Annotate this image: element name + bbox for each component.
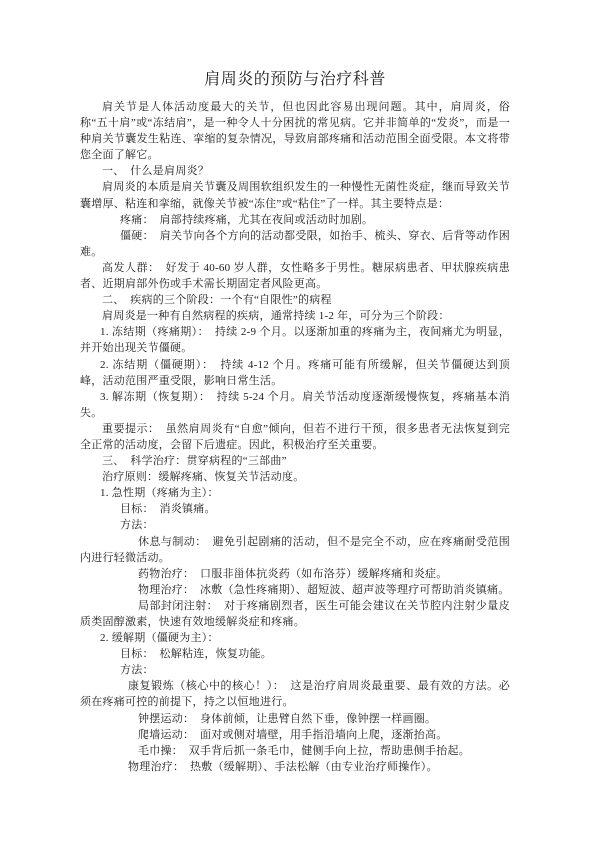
list-item: 物理治疗： 热敷（缓解期）、手法松解（由专业治疗师操作）。 xyxy=(80,759,510,775)
numbered-item: 1. 急性期（疼痛为主）： xyxy=(80,485,510,501)
section-heading: 一、 什么是肩周炎？ xyxy=(80,163,510,179)
section-heading: 二、 疾病的三个阶段：一个有“自限性”的病程 xyxy=(80,292,510,308)
list-item: 目标： 消炎镇痛。 xyxy=(80,501,510,517)
numbered-item: 2. 缓解期（僵硬为主）： xyxy=(80,630,510,646)
body-paragraph: 高发人群： 好发于 40-60 岁人群，女性略多于男性。糖尿病患者、甲状腺疾病患… xyxy=(80,260,510,292)
list-item: 休息与制动： 避免引起剧痛的活动，但不是完全不动，应在疼痛耐受范围内进行轻微活动… xyxy=(80,534,510,566)
list-item: 疼痛： 肩部持续疼痛，尤其在夜间或活动时加剧。 xyxy=(80,212,510,228)
body-paragraph: 治疗原则：缓解疼痛、恢复关节活动度。 xyxy=(80,469,510,485)
list-item: 方法： xyxy=(80,662,510,678)
list-item: 爬墙运动： 面对或侧对墙壁，用手指沿墙向上爬，逐渐抬高。 xyxy=(80,727,510,743)
document-page: 肩周炎的预防与治疗科普 肩关节是人体活动度最大的关节，但也因此容易出现问题。其中… xyxy=(0,0,595,841)
list-item: 药物治疗： 口服非甾体抗炎药（如布洛芬）缓解疼痛和炎症。 xyxy=(80,566,510,582)
list-item: 局部封闭注射： 对于疼痛剧烈者，医生可能会建议在关节腔内注射少量皮质类固醇激素，… xyxy=(80,598,510,630)
list-item: 钟摆运动： 身体前倾，让患臂自然下垂，像钟摆一样画圈。 xyxy=(80,711,510,727)
numbered-item: 3. 解冻期（恢复期）： 持续 5-24 个月。肩关节活动度逐渐缓慢恢复，疼痛基… xyxy=(80,389,510,421)
body-paragraph: 肩周炎的本质是肩关节囊及周围软组织发生的一种慢性无菌性炎症，继而导致关节囊增厚、… xyxy=(80,179,510,211)
section-heading: 三、 科学治疗：贯穿病程的“三部曲” xyxy=(80,453,510,469)
list-item: 目标： 松解粘连，恢复功能。 xyxy=(80,646,510,662)
body-paragraph: 肩关节是人体活动度最大的关节，但也因此容易出现问题。其中，肩周炎，俗称“五十肩”… xyxy=(80,99,510,163)
body-paragraph: 重要提示： 虽然肩周炎有“自愈”倾向，但若不进行干预，很多患者无法恢复到完全正常… xyxy=(80,421,510,453)
document-title: 肩周炎的预防与治疗科普 xyxy=(80,70,510,90)
list-item: 僵硬： 肩关节向各个方向的活动都受限，如抬手、梳头、穿衣、后背等动作困难。 xyxy=(80,228,510,260)
list-item: 物理治疗： 冰敷（急性疼痛期）、超短波、超声波等理疗可帮助消炎镇痛。 xyxy=(80,582,510,598)
numbered-item: 2. 冻结期（僵硬期）： 持续 4-12 个月。疼痛可能有所缓解，但关节僵硬达到… xyxy=(80,357,510,389)
list-item: 康复锻炼（核心中的核心！）： 这是治疗肩周炎最重要、最有效的方法。必须在疼痛可控… xyxy=(80,678,510,710)
numbered-item: 1. 冻结期（疼痛期）： 持续 2-9 个月。以逐渐加重的疼痛为主，夜间痛尤为明… xyxy=(80,324,510,356)
body-paragraph: 肩周炎是一种有自然病程的疾病，通常持续 1-2 年，可分为三个阶段： xyxy=(80,308,510,324)
document-content: 肩关节是人体活动度最大的关节，但也因此容易出现问题。其中，肩周炎，俗称“五十肩”… xyxy=(80,99,510,775)
list-item: 方法： xyxy=(80,517,510,533)
list-item: 毛巾操： 双手背后抓一条毛巾，健侧手向上拉，帮助患侧手抬起。 xyxy=(80,743,510,759)
